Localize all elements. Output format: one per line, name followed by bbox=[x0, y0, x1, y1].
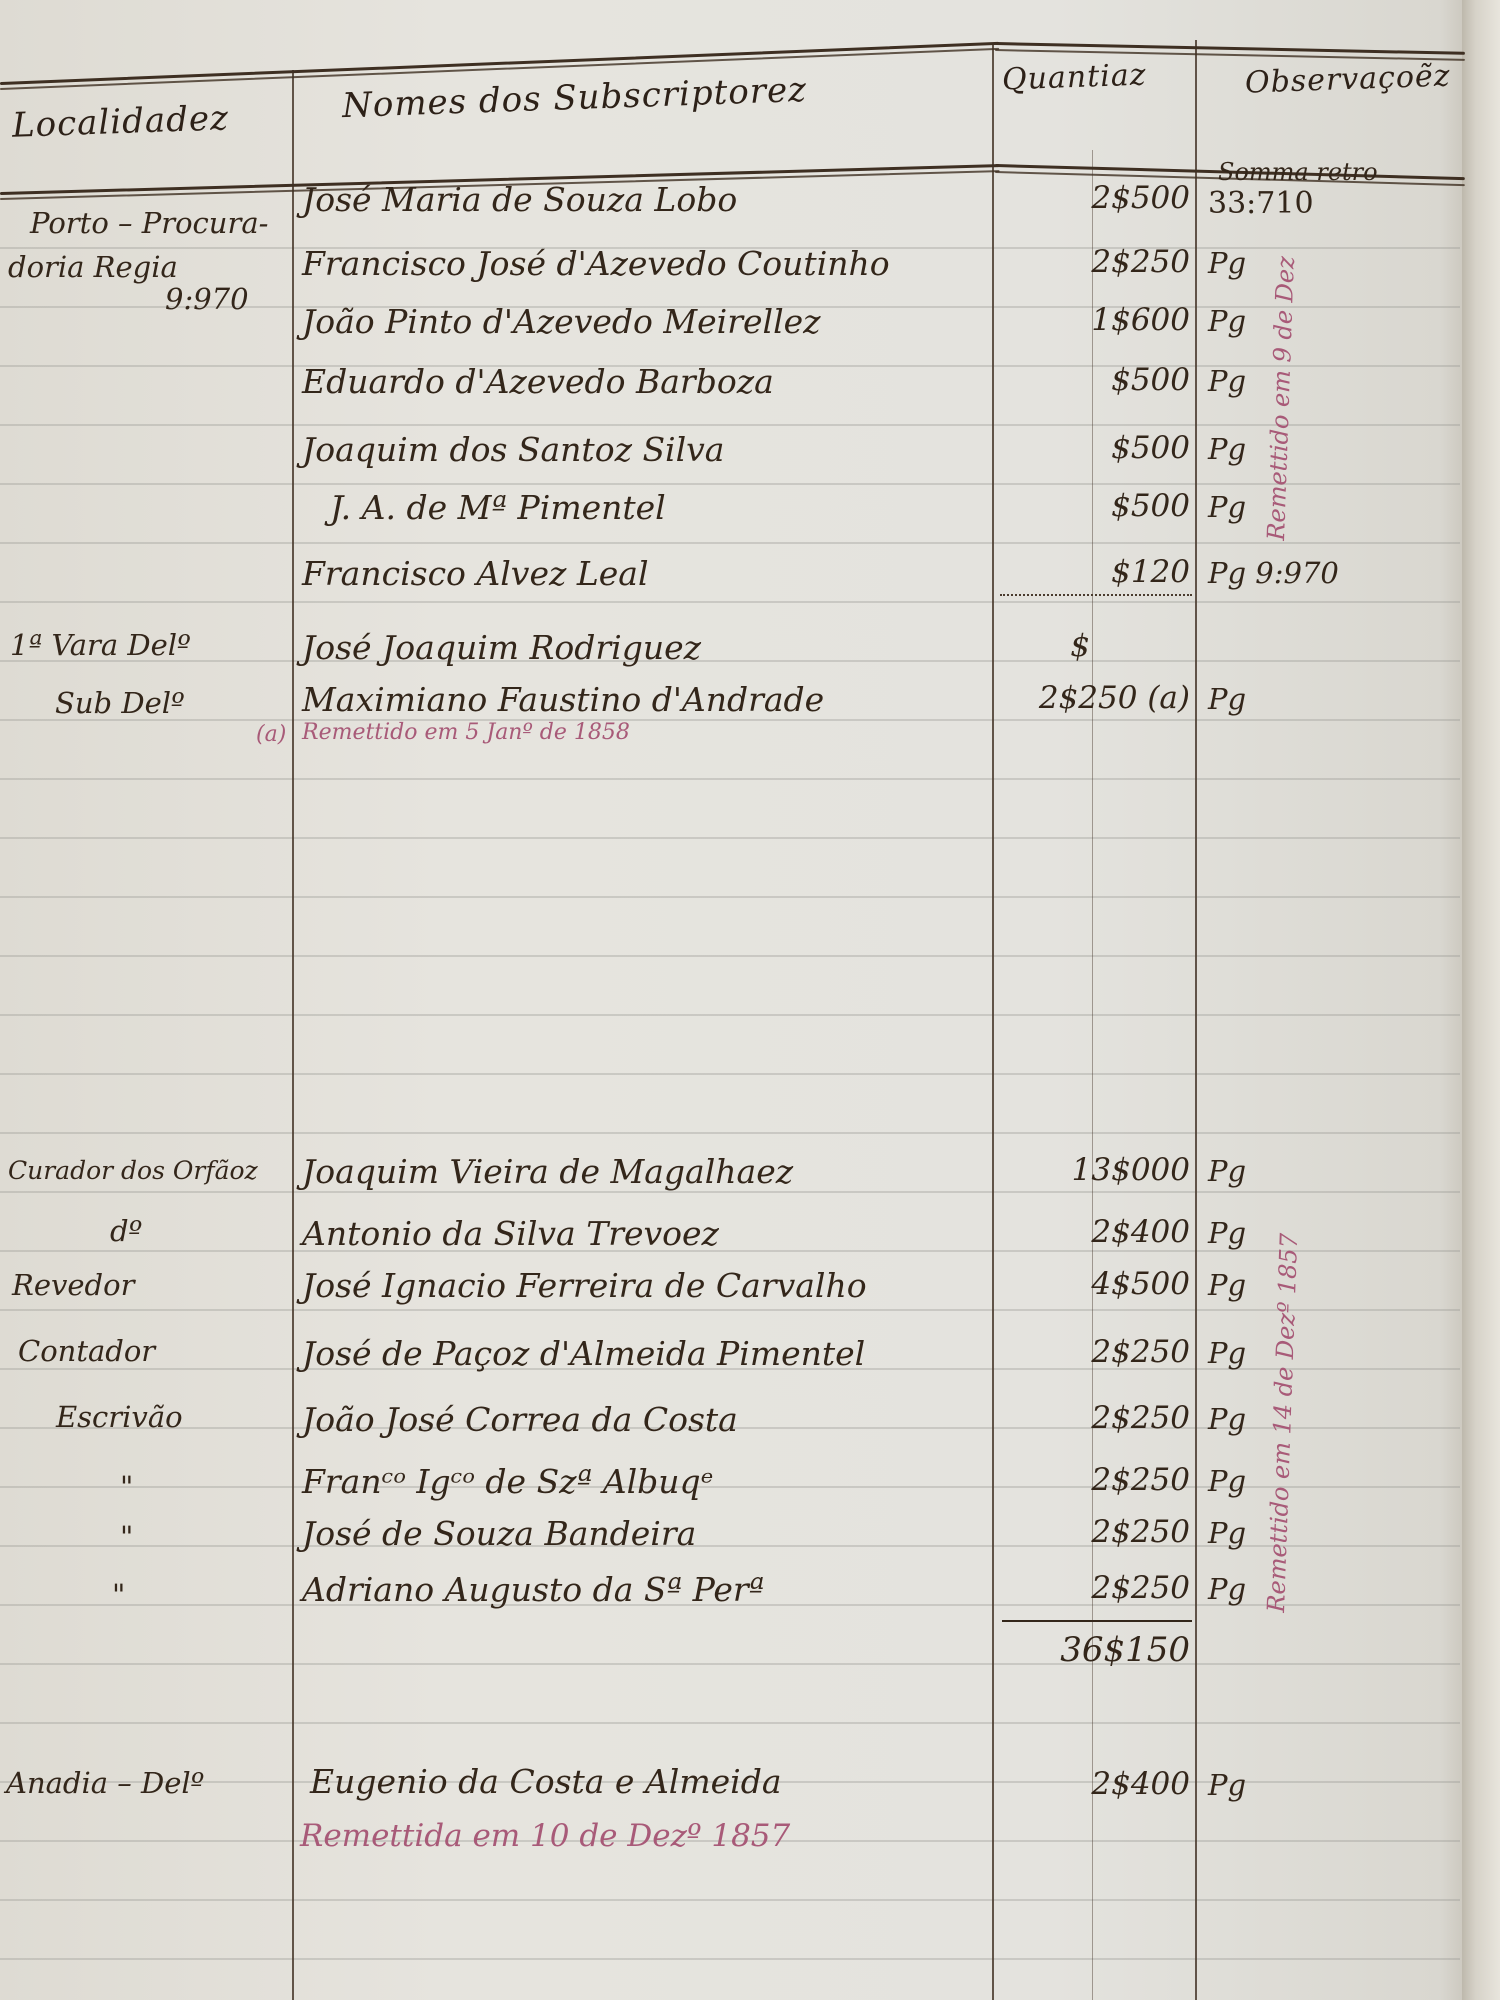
column-rule-quantias-inner bbox=[1092, 150, 1093, 2000]
section-1-obs-1: Pg bbox=[1208, 682, 1246, 716]
section-0-amount-6: $120 bbox=[1000, 554, 1190, 590]
section-2-name-7: Adriano Augusto da Sª Perª bbox=[302, 1570, 764, 1609]
section-2-obs-1: Pg bbox=[1208, 1216, 1246, 1250]
section-0-amount-4: $500 bbox=[1000, 430, 1190, 466]
section-2-amount-4: 2$250 bbox=[1000, 1400, 1190, 1436]
section-3-localidade-0: Anadia – Delº bbox=[6, 1766, 204, 1800]
section-3-amount-0: 2$400 bbox=[1000, 1766, 1190, 1802]
section-2-total-rule bbox=[1002, 1620, 1192, 1622]
section-0-name-6: Francisco Alvez Leal bbox=[302, 554, 649, 593]
section-0-obs-1: Pg bbox=[1208, 246, 1246, 280]
section-3-note: Remettida em 10 de Dezº 1857 bbox=[300, 1818, 790, 1854]
header-top-rule bbox=[0, 42, 999, 85]
book-gutter bbox=[1462, 0, 1500, 2000]
header-top-rule-right bbox=[995, 42, 1465, 55]
section-3-name-0: Eugenio da Costa e Almeida bbox=[310, 1762, 782, 1801]
section-0-obs-3: Pg bbox=[1208, 364, 1246, 398]
section-2-name-6: José de Souza Bandeira bbox=[302, 1514, 696, 1553]
section-2-amount-7: 2$250 bbox=[1000, 1570, 1190, 1606]
section-1-footnote-marker: (a) bbox=[256, 722, 286, 747]
section-2-localidade-5: " bbox=[120, 1470, 133, 1504]
section-0-obs-5: Pg bbox=[1208, 490, 1246, 524]
section-1-footnote-text: Remettido em 5 Janº de 1858 bbox=[302, 720, 630, 745]
section-2-obs-3: Pg bbox=[1208, 1336, 1246, 1370]
section-2-localidade-2: Revedor bbox=[12, 1268, 134, 1302]
section-2-obs-0: Pg bbox=[1208, 1154, 1246, 1188]
section-2-amount-0: 13$000 bbox=[1000, 1152, 1190, 1188]
section-0-obs-6: Pg 9:970 bbox=[1208, 556, 1339, 590]
section-2-amount-3: 2$250 bbox=[1000, 1334, 1190, 1370]
section-2-obs-6: Pg bbox=[1208, 1516, 1246, 1550]
section-2-total: 36$150 bbox=[1000, 1630, 1190, 1670]
column-rule-quantias bbox=[1195, 40, 1197, 2000]
section-2-amount-1: 2$400 bbox=[1000, 1214, 1190, 1250]
section-2-obs-5: Pg bbox=[1208, 1464, 1246, 1498]
section-0-obs-2: Pg bbox=[1208, 304, 1246, 338]
section-2-localidade-0: Curador dos Orfãoz bbox=[8, 1156, 258, 1185]
section-2-obs-2: Pg bbox=[1208, 1268, 1246, 1302]
section-0-localidade-subtotal: 9:970 bbox=[165, 282, 249, 316]
section-0-name-1: Francisco José d'Azevedo Coutinho bbox=[302, 244, 890, 283]
section-1-amount-1: 2$250 (a) bbox=[1000, 680, 1190, 716]
section-1-localidade-line-2: Sub Delº bbox=[55, 686, 185, 720]
section-2-name-3: José de Paçoz d'Almeida Pimentel bbox=[302, 1334, 865, 1373]
header-nomes: Nomes dos Subscriptorez bbox=[341, 70, 807, 126]
section-2-localidade-7: " bbox=[112, 1578, 125, 1612]
carry-forward-label: Somma retro bbox=[1218, 158, 1378, 186]
section-0-amount-0: 2$500 bbox=[1000, 180, 1190, 216]
section-0-amount-2: 1$600 bbox=[1000, 302, 1190, 338]
section-0-name-5: J. A. de Mª Pimentel bbox=[330, 488, 666, 527]
section-0-name-4: Joaquim dos Santoz Silva bbox=[302, 430, 724, 469]
section-2-name-2: José Ignacio Ferreira de Carvalho bbox=[302, 1266, 867, 1305]
section-0-obs-4: Pg bbox=[1208, 432, 1246, 466]
section-1-localidade-line-1: 1ª Vara Delº bbox=[10, 628, 191, 662]
section-2-localidade-4: Escrivão bbox=[56, 1400, 183, 1434]
header-localidades: Localidadez bbox=[11, 98, 229, 146]
section-0-amount-5: $500 bbox=[1000, 488, 1190, 524]
section-2-amount-2: 4$500 bbox=[1000, 1266, 1190, 1302]
section-2-amount-5: 2$250 bbox=[1000, 1462, 1190, 1498]
section-0-name-2: João Pinto d'Azevedo Meirellez bbox=[302, 302, 821, 341]
section-2-amount-6: 2$250 bbox=[1000, 1514, 1190, 1550]
section-2-localidade-6: " bbox=[120, 1520, 133, 1554]
section-0-localidade-line-1: Porto – Procura- bbox=[30, 206, 268, 240]
section-2-name-0: Joaquim Vieira de Magalhaez bbox=[302, 1152, 793, 1191]
section-0-subtotal-rule bbox=[1000, 588, 1192, 596]
section-1-name-1: Maximiano Faustino d'Andrade bbox=[302, 680, 824, 719]
section-2-obs-4: Pg bbox=[1208, 1402, 1246, 1436]
header-quantias: Quantiaz bbox=[1001, 57, 1147, 97]
section-1-amount-0: $ bbox=[900, 628, 1090, 664]
section-2-localidade-3: Contador bbox=[18, 1334, 155, 1368]
section-1-name-0: José Joaquim Rodriguez bbox=[302, 628, 701, 667]
carry-forward-value: 33:710 bbox=[1208, 186, 1314, 221]
section-2-name-4: João José Correa da Costa bbox=[302, 1400, 738, 1439]
section-3-obs-0: Pg bbox=[1208, 1768, 1246, 1802]
section-2-name-5: Franᶜᵒ Igᶜᵒ de Szª Albuqᵉ bbox=[302, 1462, 713, 1501]
section-0-name-0: José Maria de Souza Lobo bbox=[302, 180, 737, 219]
section-2-localidade-1: dº bbox=[110, 1214, 142, 1248]
section-0-localidade-line-2: doria Regia bbox=[8, 250, 178, 284]
header-observacoes: Observaçoẽz bbox=[1244, 58, 1451, 100]
section-0-amount-1: 2$250 bbox=[1000, 244, 1190, 280]
section-2-name-1: Antonio da Silva Trevoez bbox=[302, 1214, 719, 1253]
column-rule-localidades bbox=[292, 70, 294, 2000]
section-0-amount-3: $500 bbox=[1000, 362, 1190, 398]
column-rule-nomes bbox=[992, 44, 994, 2000]
section-0-name-3: Eduardo d'Azevedo Barboza bbox=[302, 362, 774, 401]
section-2-obs-7: Pg bbox=[1208, 1572, 1246, 1606]
